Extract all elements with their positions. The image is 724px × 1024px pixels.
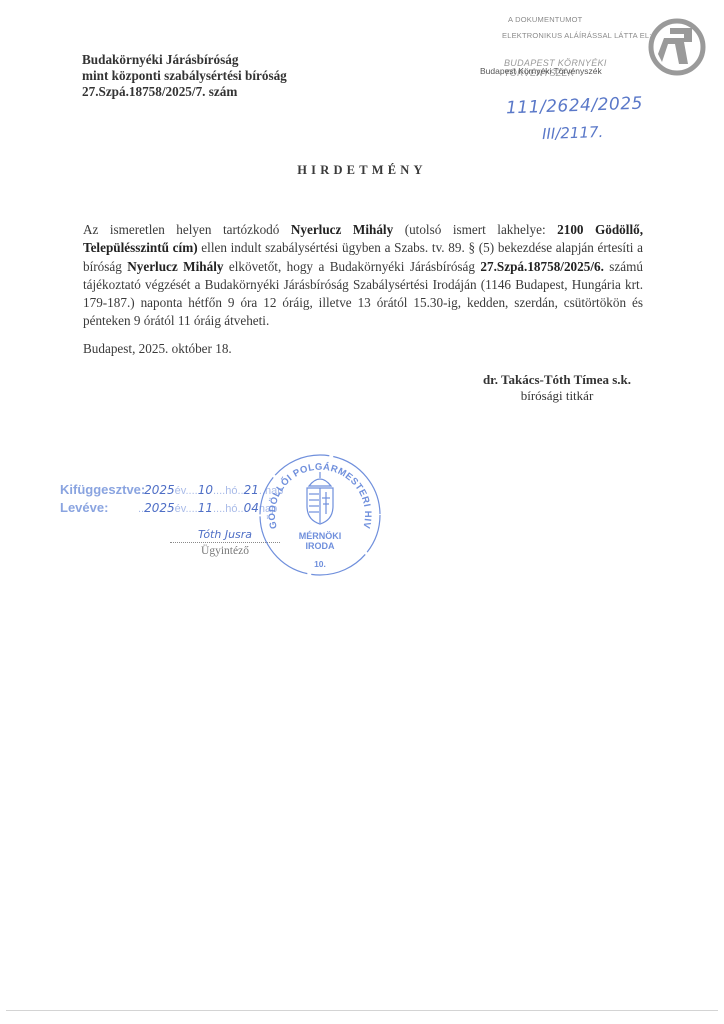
case-number: 27.Szpá.18758/2025/7. szám: [82, 84, 287, 100]
notice-body: Az ismeretlen helyen tartózkodó Nyerlucz…: [83, 221, 643, 331]
court-header: Budakörnyéki Járásbíróság mint központi …: [82, 52, 287, 100]
signer-role: bírósági titkár: [472, 388, 642, 404]
body-text-run: elkövetőt, hogy a Budakörnyéki Járásbíró…: [223, 259, 480, 274]
signer-name: dr. Takács-Tóth Tímea s.k.: [472, 372, 642, 388]
removed-year: 2025: [144, 501, 175, 515]
esig-line-1: A DOKUMENTUMOT: [508, 15, 582, 24]
esig-line-4: Budapest Környéki Törvényszék: [480, 66, 602, 76]
page-bottom-border: [6, 1010, 718, 1011]
body-emphasis: Nyerlucz Mihály: [291, 222, 393, 237]
posted-year: 2025: [144, 483, 175, 497]
body-text-run: (utolsó ismert lakhelye:: [393, 222, 557, 237]
dateline: Budapest, 2025. október 18.: [83, 341, 232, 357]
handwritten-sub-number: III/2117.: [542, 123, 604, 143]
esig-line-2: ELEKTRONIKUS ALÁÍRÁSSAL LÁTTA EL:: [502, 31, 652, 40]
body-emphasis: 27.Szpá.18758/2025/6.: [480, 259, 603, 274]
posted-label: Kifüggesztve:: [60, 481, 138, 499]
removed-row: Levéve:..2025év....11....hó..04nap: [60, 499, 283, 517]
electronic-signature-stamp: A DOKUMENTUMOT ELEKTRONIKUS ALÁÍRÁSSAL L…: [480, 10, 660, 80]
document-title: HIRDETMÉNY: [0, 163, 724, 178]
body-text-run: Az ismeretlen helyen tartózkodó: [83, 222, 291, 237]
stamp-line-2: IRODA: [306, 541, 336, 551]
court-role: mint központi szabálysértési bíróság: [82, 68, 287, 84]
posted-month: 10: [198, 483, 213, 497]
signature-block: dr. Takács-Tóth Tímea s.k. bírósági titk…: [472, 372, 642, 404]
handwritten-file-number: 111/2624/2025: [506, 94, 644, 119]
body-emphasis: Nyerlucz Mihály: [127, 259, 223, 274]
stamp-number: 10.: [314, 559, 326, 569]
posted-row: Kifüggesztve:..2025év....10....hó..21..n…: [60, 481, 283, 499]
posting-stamp: Kifüggesztve:..2025év....10....hó..21..n…: [60, 481, 283, 517]
court-logo-icon: [648, 18, 706, 76]
court-name: Budakörnyéki Járásbíróság: [82, 52, 287, 68]
stamp-ring-text: GÖDÖLLŐI POLGÁRMESTERI HIVATAL: [255, 450, 373, 530]
stamp-line-1: MÉRNÖKI: [299, 531, 342, 541]
removed-month: 11: [198, 501, 213, 515]
hungarian-coat-of-arms-icon: [307, 472, 333, 524]
removed-label: Levéve:: [60, 499, 138, 517]
svg-text:GÖDÖLLŐI POLGÁRMESTERI HIVATAL: GÖDÖLLŐI POLGÁRMESTERI HIVATAL: [255, 450, 373, 530]
office-round-stamp: GÖDÖLLŐI POLGÁRMESTERI HIVATAL MÉRNÖKI I…: [255, 450, 385, 580]
